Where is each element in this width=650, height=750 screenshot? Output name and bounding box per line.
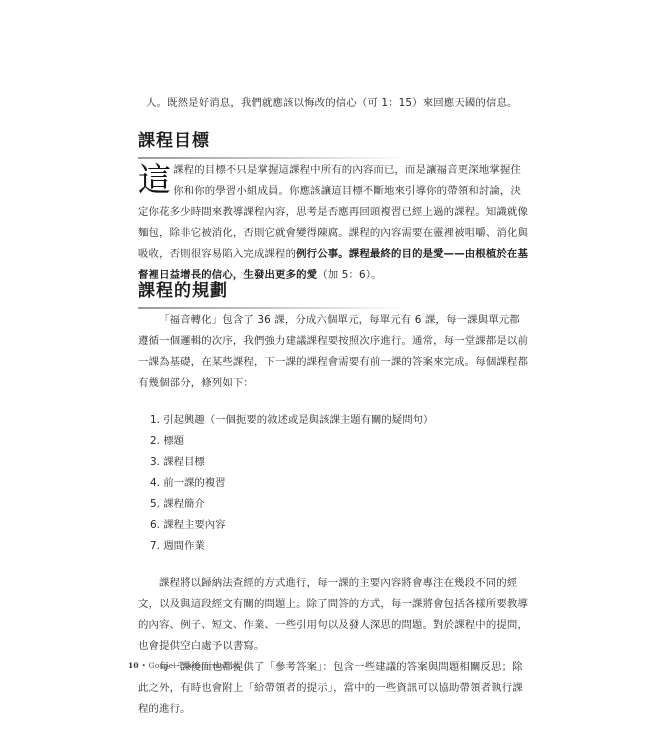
- lesson-parts-list: 1. 引起興趣（一個扼要的敘述或是與該課主題有關的疑問句） 2. 標題 3. 課…: [138, 410, 528, 557]
- list-item: 1. 引起興趣（一個扼要的敘述或是與該課主題有關的疑問句）: [150, 410, 528, 431]
- goals-text: 課程的目標不只是掌握這課程中所有的內容而已，而是讓福音更深地掌握住你和你的學習小…: [138, 164, 528, 260]
- goals-bold-phrase: 例行公事: [296, 248, 338, 260]
- section-plan-body: 「福音轉化」包含了 36 課，分成六個單元，每單元有 6 課，每一課與單元都遵循…: [138, 310, 528, 720]
- list-item: 4. 前一課的複習: [150, 473, 528, 494]
- intro-paragraph: 人。既然是好消息，我們就應該以悔改的信心（可 1：15）來回應天國的信息。: [138, 93, 546, 114]
- list-item: 5. 課程簡介: [150, 494, 528, 515]
- list-item: 2. 標題: [150, 431, 528, 452]
- drop-cap: 這: [138, 162, 171, 198]
- page-footer: 10 • Gospel Transformation: [128, 661, 240, 670]
- footer-separator: •: [141, 661, 146, 670]
- section-goals-body: 這課程的目標不只是掌握這課程中所有的內容而已，而是讓福音更深地掌握住你和你的學習…: [138, 160, 528, 286]
- list-item: 3. 課程目標: [150, 452, 528, 473]
- list-item: 6. 課程主要內容: [150, 515, 528, 536]
- section-heading-goals: 課程目標: [138, 129, 210, 153]
- plan-paragraph-2: 課程將以歸納法查經的方式進行，每一課的主要內容將會專注在幾段不同的經文，以及與這…: [138, 573, 528, 657]
- section-heading-plan: 課程的規劃: [138, 279, 228, 303]
- book-title: Gospel Transformation: [149, 661, 241, 670]
- page-number: 10: [128, 661, 139, 670]
- plan-paragraph-1: 「福音轉化」包含了 36 課，分成六個單元，每單元有 6 課，每一課與單元都遵循…: [138, 310, 528, 394]
- list-item: 7. 週間作業: [150, 536, 528, 557]
- goals-paragraph: 這課程的目標不只是掌握這課程中所有的內容而已，而是讓福音更深地掌握住你和你的學習…: [138, 160, 528, 286]
- goals-scripture-ref: （加 5：6）。: [317, 269, 381, 281]
